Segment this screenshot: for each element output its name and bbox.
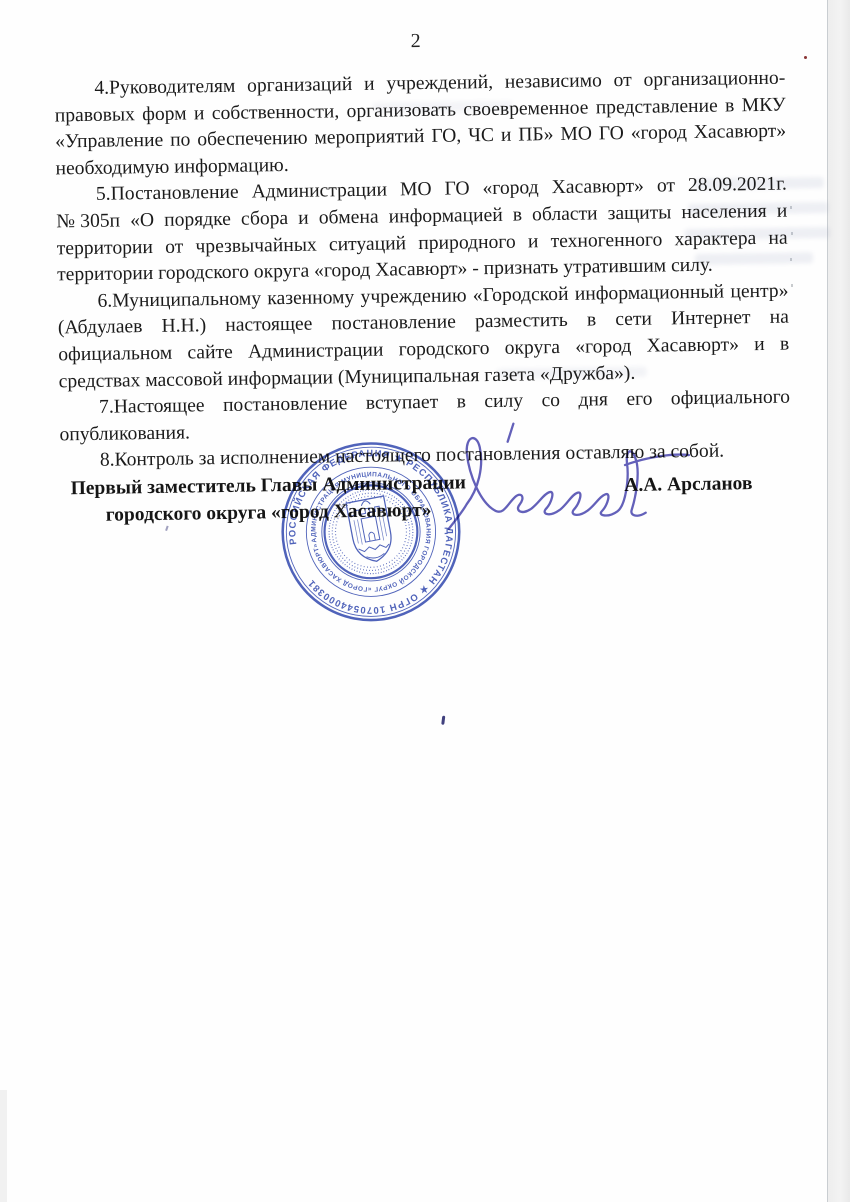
paragraph-5: 5.Постановление Администрации МО ГО «гор…	[56, 172, 788, 289]
document-content: 2 4.Руководителям организаций и учрежден…	[0, 0, 850, 1202]
stamp-coat-of-arms	[346, 496, 395, 565]
paragraph-4: 4.Руководителям организаций и учреждений…	[54, 66, 786, 183]
handwritten-signature-icon	[437, 408, 769, 545]
page-number: 2	[411, 30, 421, 53]
scanned-document-page: 2 4.Руководителям организаций и учрежден…	[0, 0, 850, 1202]
stray-ink-mark	[165, 526, 169, 531]
paragraph-6: 6.Муниципальному казенному учреждению «Г…	[57, 278, 789, 395]
scan-edge-left	[0, 1090, 7, 1202]
stray-ink-mark	[441, 716, 445, 725]
